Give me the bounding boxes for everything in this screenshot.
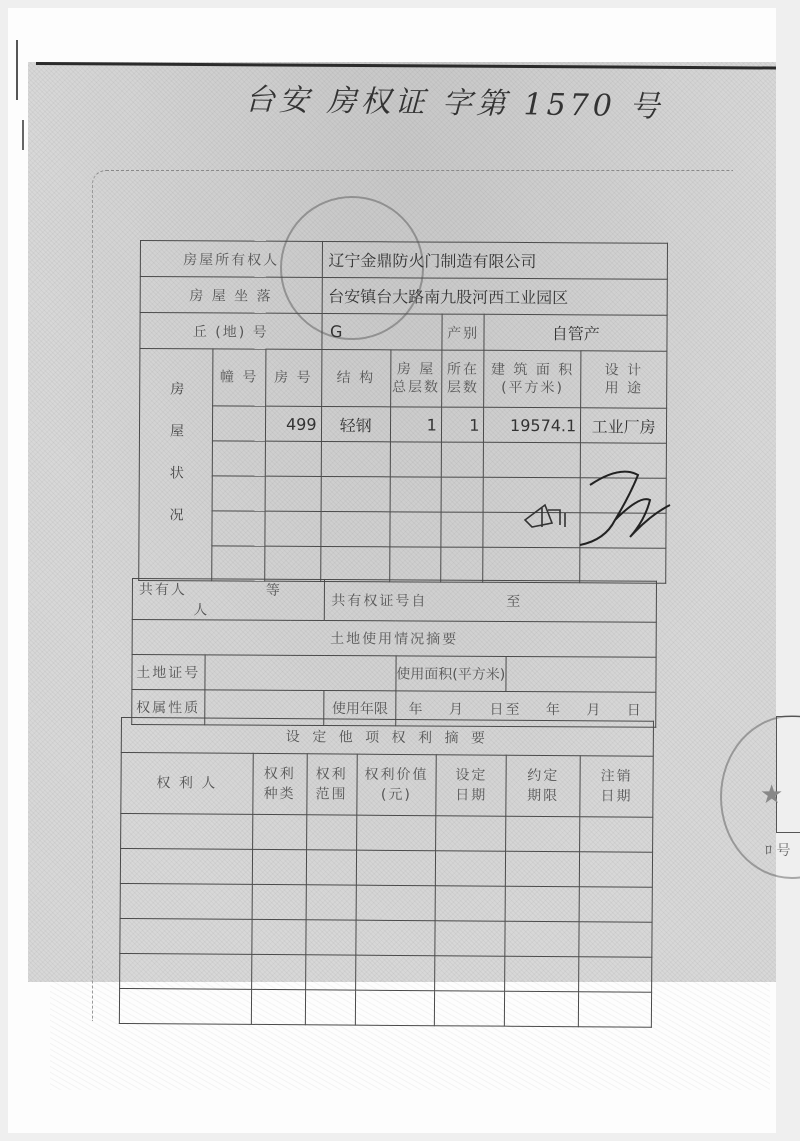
co-owner-cert-range: 共有权证号自 至 [325, 580, 657, 623]
cell [252, 884, 306, 919]
land-use-section-title: 土地使用情况摘要 [132, 620, 656, 658]
co-owner-cell: 共有人 等 人 [132, 579, 325, 621]
cell [321, 441, 390, 476]
land-use-title-row: 土地使用情况摘要 [132, 620, 656, 658]
col-cancel-date-line1: 注销 [601, 768, 633, 784]
co-owner-unit: 人 [193, 602, 209, 618]
location-value: 台安镇台大路南九股河西工业园区 [322, 277, 668, 315]
house-status-header: 房屋状况 幢 号 房 号 结 构 房 屋总层数 所在层数 建 筑 面 积(平方米… [140, 349, 667, 409]
cell [389, 547, 440, 582]
other-rights-row [120, 849, 652, 888]
cell [441, 477, 484, 512]
cell [390, 512, 441, 547]
other-rights-row [119, 988, 651, 1027]
land-cert-row: 土地证号 使用面积(平方米) [132, 655, 656, 693]
cell [505, 991, 579, 1027]
cell-floor: 1 [441, 407, 484, 442]
left-edge-mark [16, 40, 21, 100]
house-row: 499 轻钢 1 1 19574.1 工业厂房 [139, 406, 666, 444]
cell [506, 851, 580, 887]
cell [390, 477, 441, 512]
col-structure: 结 构 [321, 349, 391, 406]
owner-row: 房屋所有权人 辽宁金鼎防火门制造有限公司 [140, 241, 667, 280]
col-right-type: 权利种类 [253, 753, 307, 814]
cell [580, 817, 653, 853]
col-room-no: 房 号 [265, 349, 321, 406]
cell [212, 476, 265, 511]
cell-floor-area: 19574.1 [484, 407, 581, 443]
parcel-label: 丘 (地) 号 [140, 313, 322, 350]
parcel-value: G [321, 313, 441, 350]
location-label: 房 屋 坐 落 [140, 277, 322, 314]
cell [212, 441, 265, 476]
other-rights-row [121, 814, 653, 853]
cell [120, 883, 252, 919]
co-owner-label: 共有人 [139, 582, 187, 598]
cell [320, 511, 389, 546]
cell [436, 816, 506, 851]
col-design-use-line1: 设 计 [605, 362, 644, 378]
cell [306, 815, 356, 850]
cell [440, 547, 483, 582]
cell [120, 953, 252, 989]
cell [252, 849, 306, 884]
col-right-scope: 权利范围 [306, 754, 356, 815]
other-rights-header: 权 利 人 权利种类 权利范围 权利价值(元) 设定日期 约定期限 注销日期 [121, 753, 653, 818]
col-right-value-line2: (元) [381, 787, 412, 803]
cell [120, 918, 252, 954]
other-rights-section-title: 设 定 他 项 权 利 摘 要 [121, 718, 653, 757]
cell [506, 816, 580, 852]
cell [320, 546, 389, 581]
cell [355, 920, 435, 956]
cell [251, 954, 305, 989]
col-right-type-line1: 权利 [264, 766, 296, 782]
land-cert-value [205, 655, 396, 691]
cell [355, 990, 435, 1026]
col-total-floors: 房 屋总层数 [390, 350, 441, 407]
cell [579, 922, 652, 958]
cell [356, 850, 436, 886]
cell [265, 511, 321, 546]
col-cancel-date-line2: 日期 [600, 788, 632, 804]
cell [265, 441, 321, 476]
land-use-table: 共有人 等 人 共有权证号自 至 土地使用情况摘要 土地证号 使用面积(平方米)… [131, 578, 657, 728]
left-edge-mark [22, 120, 24, 150]
col-right-holder: 权 利 人 [121, 753, 253, 815]
other-rights-title-row: 设 定 他 项 权 利 摘 要 [121, 718, 653, 757]
cell [505, 886, 579, 922]
cell [356, 815, 436, 851]
cell [264, 546, 320, 581]
col-set-date: 设定日期 [436, 755, 506, 816]
cell [483, 547, 580, 583]
other-rights-row [120, 883, 652, 922]
property-type-value: 自管产 [484, 314, 667, 351]
cell [212, 511, 265, 546]
col-floor-line1: 所在 [447, 362, 479, 378]
stamp-box [776, 716, 800, 833]
cell-building-no [212, 406, 265, 441]
col-floor: 所在层数 [441, 350, 484, 407]
cell-room-no: 499 [265, 406, 321, 441]
cell [321, 476, 390, 511]
cell [436, 851, 506, 886]
cell [579, 957, 652, 993]
cell [212, 546, 265, 581]
cell [305, 990, 355, 1025]
col-right-value: 权利价值(元) [356, 754, 436, 816]
col-agreed-term: 约定期限 [506, 755, 580, 817]
other-rights-row [120, 918, 652, 957]
col-total-floors-line2: 总层数 [392, 379, 440, 395]
col-right-value-line1: 权利价值 [365, 767, 429, 783]
parcel-row: 丘 (地) 号 G 产别 自管产 [140, 313, 667, 352]
cell [435, 921, 505, 956]
cell [435, 956, 505, 991]
col-cancel-date: 注销日期 [580, 756, 653, 818]
cell-design-use: 工业厂房 [581, 408, 667, 443]
cell [578, 992, 651, 1028]
col-agreed-term-line1: 约定 [527, 768, 559, 784]
col-right-type-line2: 种类 [264, 786, 296, 802]
star-icon: ★ [760, 780, 783, 810]
cell [121, 814, 253, 850]
house-status-side-label: 房屋状况 [139, 349, 213, 581]
col-design-use: 设 计用 途 [581, 351, 667, 408]
col-total-floors-line1: 房 屋 [397, 361, 436, 377]
land-area-value [506, 656, 656, 692]
co-owner-row: 共有人 等 人 共有权证号自 至 [132, 579, 656, 623]
cell [252, 919, 306, 954]
stamp-text: ﾛ 号 [765, 840, 790, 860]
cell [580, 548, 666, 583]
cell [265, 476, 321, 511]
cell-structure: 轻钢 [321, 406, 390, 441]
location-row: 房 屋 坐 落 台安镇台大路南九股河西工业园区 [140, 277, 667, 316]
cell [356, 885, 436, 921]
cert-range-label: 共有权证号自 [331, 593, 427, 610]
cell [305, 955, 355, 990]
cell-total-floors: 1 [390, 407, 441, 442]
cell [579, 887, 652, 923]
property-type-label: 产别 [442, 314, 485, 350]
cert-range-to: 至 [506, 594, 522, 610]
other-rights-table: 设 定 他 项 权 利 摘 要 权 利 人 权利种类 权利范围 权利价值(元) … [119, 717, 654, 1028]
col-set-date-line2: 日期 [455, 787, 487, 803]
cell [441, 512, 484, 547]
cell [505, 956, 579, 992]
cell [306, 885, 356, 920]
col-set-date-line1: 设定 [455, 767, 487, 783]
co-owner-count-text: 等 [266, 583, 282, 599]
owner-label: 房屋所有权人 [140, 241, 322, 278]
cell [119, 988, 251, 1024]
col-agreed-term-line2: 期限 [527, 788, 559, 804]
cell [579, 852, 652, 888]
cell [251, 989, 305, 1024]
other-rights-row [120, 953, 652, 992]
col-floor-area: 建 筑 面 积(平方米) [484, 350, 581, 408]
col-floor-area-line1: 建 筑 面 积 [491, 362, 574, 378]
cell [355, 955, 435, 991]
cell [306, 850, 356, 885]
col-building-no: 幢 号 [213, 349, 266, 406]
cell [505, 921, 579, 957]
handwritten-signature [520, 465, 680, 550]
owner-value: 辽宁金鼎防火门制造有限公司 [322, 241, 668, 279]
handwritten-cert-number: 台安 房权证 字第 1570 号 [245, 74, 664, 125]
land-area-label: 使用面积(平方米) [396, 656, 506, 692]
cell [120, 849, 252, 885]
land-cert-label: 土地证号 [132, 655, 205, 690]
col-design-use-line2: 用 途 [605, 380, 644, 396]
col-floor-area-line2: (平方米) [501, 380, 564, 396]
cell [305, 920, 355, 955]
cell [390, 442, 441, 477]
col-right-scope-line2: 范围 [315, 786, 347, 802]
cell [252, 814, 306, 849]
cell [435, 886, 505, 921]
cell [435, 991, 505, 1026]
col-floor-line2: 层数 [447, 380, 479, 396]
cell [441, 442, 484, 477]
col-right-scope-line1: 权利 [316, 766, 348, 782]
